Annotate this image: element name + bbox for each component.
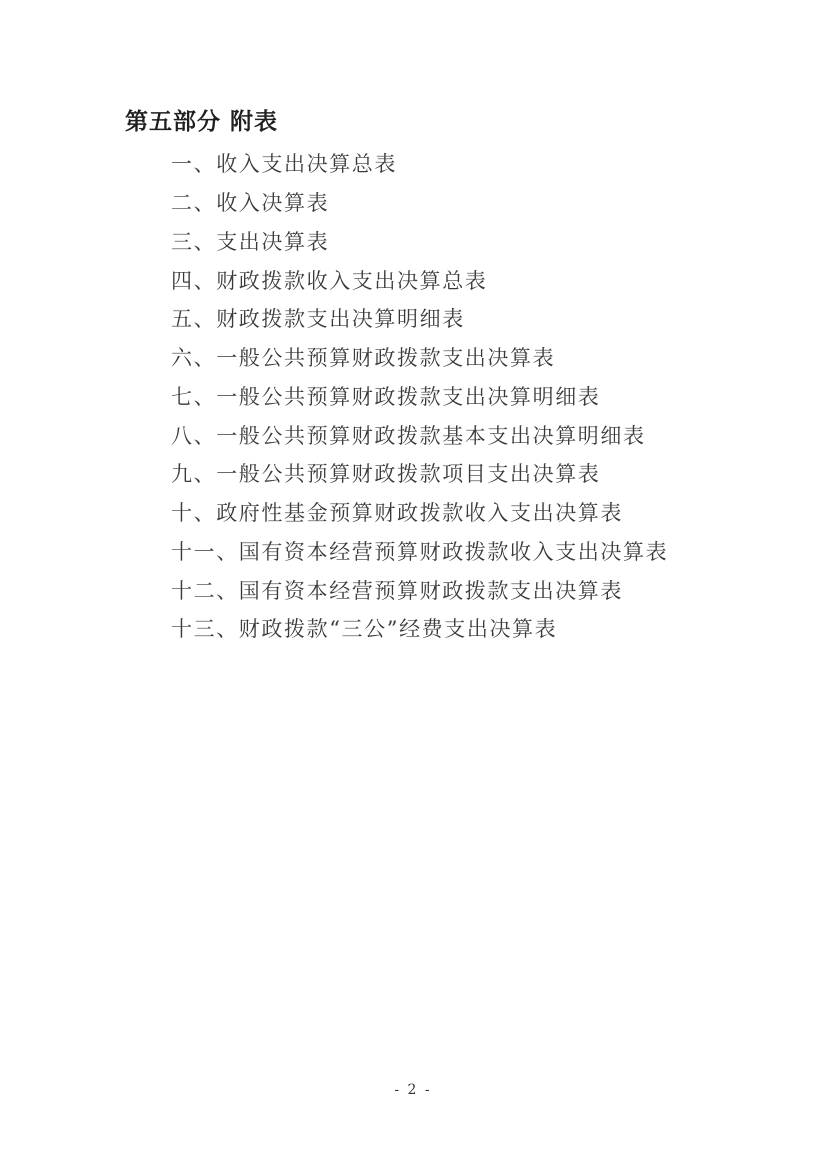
list-item: 七、一般公共预算财政拨款支出决算明细表	[171, 377, 791, 416]
list-item: 十、政府性基金预算财政拨款收入支出决算表	[171, 493, 791, 532]
toc-list: 一、收入支出决算总表二、收入决算表三、支出决算表四、财政拨款收入支出决算总表五、…	[171, 144, 791, 648]
document-page: 第五部分 附表 一、收入支出决算总表二、收入决算表三、支出决算表四、财政拨款收入…	[0, 0, 826, 1169]
list-item: 二、收入决算表	[171, 183, 791, 222]
list-item: 五、财政拨款支出决算明细表	[171, 299, 791, 338]
list-item: 八、一般公共预算财政拨款基本支出决算明细表	[171, 415, 791, 454]
list-item: 一、收入支出决算总表	[171, 144, 791, 183]
list-item: 十二、国有资本经营预算财政拨款支出决算表	[171, 570, 791, 609]
list-item: 九、一般公共预算财政拨款项目支出决算表	[171, 454, 791, 493]
list-item: 四、财政拨款收入支出决算总表	[171, 260, 791, 299]
list-item: 十三、财政拨款“三公”经费支出决算表	[171, 609, 791, 648]
page-number: - 2 -	[0, 1082, 826, 1098]
list-item: 三、支出决算表	[171, 222, 791, 261]
list-item: 十一、国有资本经营预算财政拨款收入支出决算表	[171, 532, 791, 571]
list-item: 六、一般公共预算财政拨款支出决算表	[171, 338, 791, 377]
section-heading: 第五部分 附表	[125, 107, 278, 137]
